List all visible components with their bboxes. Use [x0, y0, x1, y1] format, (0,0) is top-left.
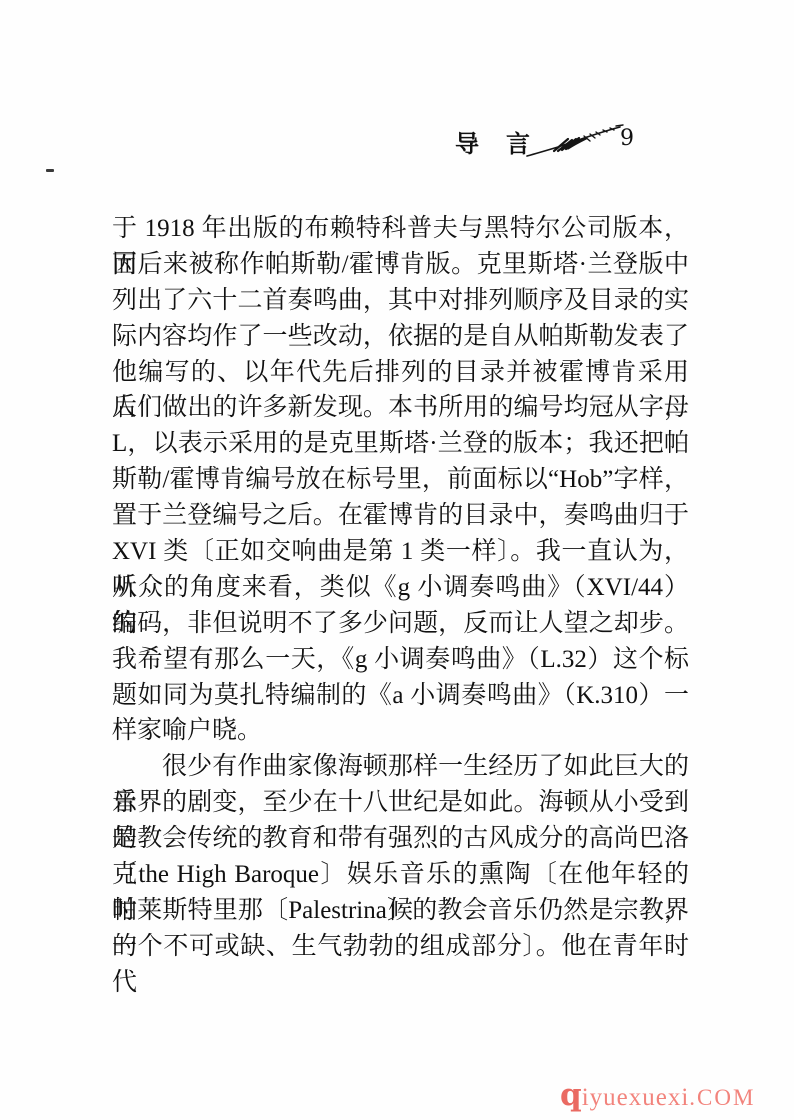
text-line: 是教会传统的教育和带有强烈的古风成分的高尚巴洛克 — [112, 821, 689, 857]
text-line: 〔the High Baroque〕娱乐音乐的熏陶〔在他年轻的时候， — [112, 857, 689, 893]
watermark: qiyuexuexi.COM — [560, 1077, 755, 1113]
text-line: 际内容均作了一些改动，依据的是自从帕斯勒发表了 — [112, 319, 689, 355]
body-text: 于 1918 年出版的布赖特科普夫与黑特尔公司版本，因而后来被称作帕斯勒/霍博肯… — [112, 211, 689, 965]
text-line: 他编写的、以年代先后排列的目录并被霍博肯采用后， — [112, 355, 689, 391]
text-line: 题如同为莫扎特编制的《a 小调奏鸣曲》（K.310）一 — [112, 678, 689, 714]
text-line: 而后来被称作帕斯勒/霍博肯版。克里斯塔·兰登版中 — [112, 247, 689, 283]
text-line: 人们做出的许多新发现。本书所用的编号均冠从字母 — [112, 390, 689, 426]
scan-artifact-speck — [46, 169, 54, 172]
text-line: 样家喻户晓。 — [112, 713, 689, 749]
text-line: 很少有作曲家像海顿那样一生经历了如此巨大的音 — [112, 749, 689, 785]
quill-flourish-icon — [524, 120, 628, 167]
text-line: 列出了六十二首奏鸣曲，其中对排列顺序及目录的实 — [112, 283, 689, 319]
watermark-suffix: .COM — [689, 1085, 755, 1110]
text-line: 一个不可或缺、生气勃勃的组成部分〕。他在青年时代 — [112, 929, 689, 965]
text-line: 我希望有那么一天，《g 小调奏鸣曲》（L.32）这个标 — [112, 642, 689, 678]
text-line: 于 1918 年出版的布赖特科普夫与黑特尔公司版本，因 — [112, 211, 689, 247]
text-line: L，以表示采用的是克里斯塔·兰登的版本；我还把帕 — [112, 426, 689, 462]
text-line: 置于兰登编号之后。在霍博肯的目录中，奏鸣曲归于 — [112, 498, 689, 534]
running-head: 导言 9 — [0, 120, 794, 162]
text-line: 听众的角度来看，类似《g 小调奏鸣曲》（XVI/44）的 — [112, 570, 689, 606]
text-line: 斯勒/霍博肯编号放在标号里，前面标以“Hob”字样， — [112, 462, 689, 498]
text-line: 乐界的剧变，至少在十八世纪是如此。海顿从小受到的 — [112, 785, 689, 821]
watermark-initial: q — [560, 1077, 582, 1113]
page-number: 9 — [620, 126, 634, 151]
text-line: 帕莱斯特里那〔Palestrina〕的教会音乐仍然是宗教界的 — [112, 893, 689, 929]
watermark-middle: iyuexuexi — [582, 1084, 690, 1111]
text-line: XVI 类〔正如交响曲是第 1 类一样〕。我一直认为，从 — [112, 534, 689, 570]
text-line: 编码，非但说明不了多少问题，反而让人望之却步。 — [112, 606, 689, 642]
scanned-book-page: 导言 9 于 1918 年出版的布赖特科普夫与黑特尔公司版本，因而后来被称作帕斯… — [0, 0, 794, 1120]
